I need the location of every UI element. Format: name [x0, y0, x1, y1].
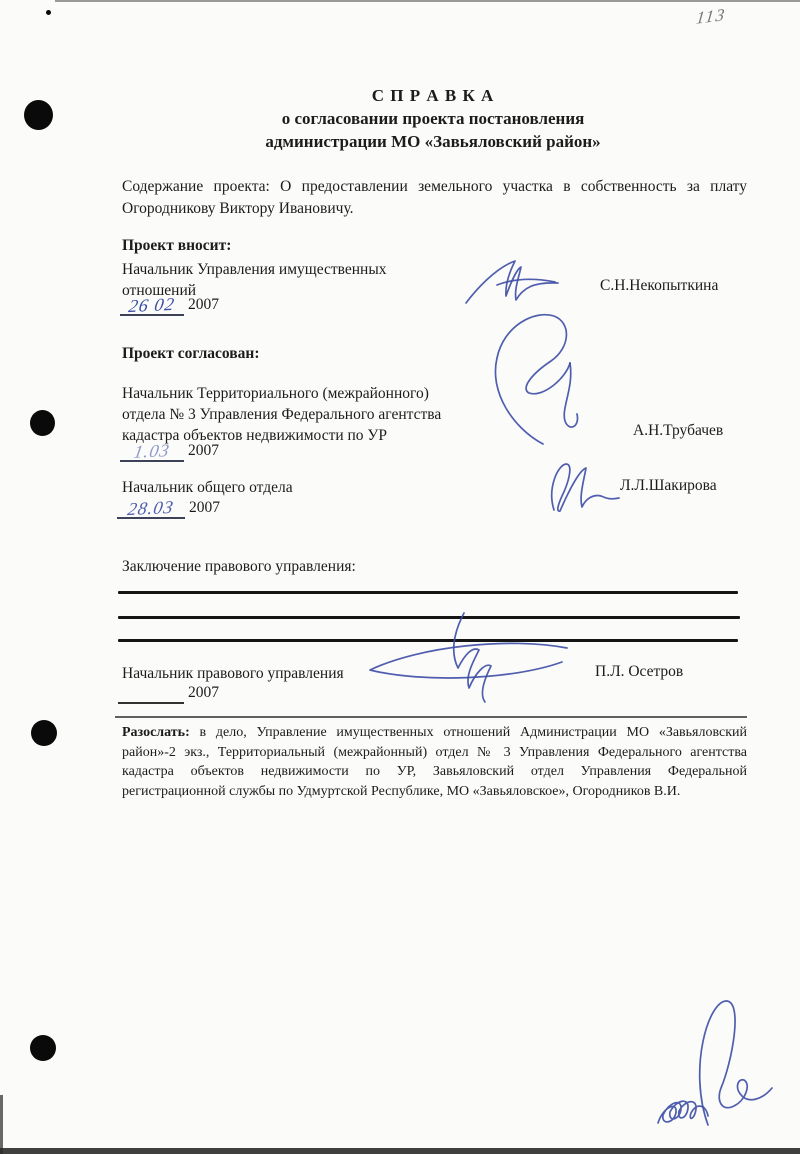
punch-hole-1: [24, 100, 53, 130]
date-year: 2007: [189, 499, 220, 516]
handwritten-date: 1.03: [132, 440, 171, 463]
date-underline: 26 02: [120, 293, 184, 316]
zakluchenie-heading: Заключение правового управления:: [122, 556, 356, 577]
punch-hole-2: [30, 410, 55, 436]
signer-name-shakirova: Л.Л.Шакирова: [620, 477, 717, 495]
blank-date-underline: [118, 684, 184, 704]
title-line-3: администрации МО «Завьяловский район»: [120, 130, 746, 153]
date-year: 2007: [188, 296, 219, 313]
divider-line: [115, 716, 747, 718]
vnosit-position-line-1: Начальник Управления имущественных: [122, 259, 387, 280]
signer-name-osetrov: П.Л. Осетров: [595, 663, 683, 681]
distribution-text: в дело, Управление имущественных отношен…: [122, 725, 747, 799]
punch-hole-3: [31, 720, 57, 746]
signer-name-trubachev: А.Н.Трубачев: [633, 422, 723, 440]
date-underline: 1.03: [120, 439, 184, 462]
punch-hole-4: [30, 1035, 56, 1061]
handwritten-date: 26 02: [127, 294, 176, 317]
signature-bottom-corner: [650, 990, 795, 1152]
signature-osetrov: [360, 610, 582, 718]
title-line-1: С П Р А В К А: [120, 84, 746, 107]
soglasovan-date-row: 1.032007: [120, 439, 219, 462]
section-soglasovan-heading: Проект согласован:: [122, 345, 260, 363]
signature-trubachev: [473, 308, 631, 450]
scan-edge-top: [55, 0, 800, 2]
ink-speck: [46, 10, 51, 15]
handwritten-date: 28.03: [126, 497, 175, 520]
scanned-document-page: 113 С П Р А В К А о согласовании проекта…: [0, 0, 800, 1154]
soglasovan-position-line-2: отдела № 3 Управления Федерального агент…: [122, 404, 441, 425]
title-line-2: о согласовании проекта постановления: [120, 107, 746, 130]
obshchiy-date-row: 28.032007: [117, 496, 220, 519]
ruled-line-1: [118, 591, 738, 594]
distribution-label: Разослать:: [122, 725, 190, 740]
project-summary: Содержание проекта: О предоставлении зем…: [122, 176, 747, 219]
date-underline: 28.03: [117, 496, 185, 519]
pravovoe-position-line: Начальник правового управления: [122, 663, 344, 684]
distribution-list: Разослать: в дело, Управление имуществен…: [122, 723, 747, 801]
soglasovan-position-line-1: Начальник Территориального (межрайонного…: [122, 383, 429, 404]
signer-name-nekopytkina: С.Н.Некопыткина: [600, 277, 718, 295]
date-year: 2007: [188, 442, 219, 459]
pravovoe-date-row: 2007: [118, 684, 219, 704]
scan-edge-bottom-left: [0, 1095, 3, 1154]
signature-shakirova: [545, 458, 627, 522]
obshchiy-position-line: Начальник общего отдела: [122, 477, 293, 498]
date-year: 2007: [188, 684, 219, 701]
handwritten-page-number: 113: [695, 1, 757, 29]
section-vnosit-heading: Проект вносит:: [122, 237, 231, 255]
document-title: С П Р А В К А о согласовании проекта пос…: [120, 84, 746, 153]
vnosit-date-row: 26 022007: [120, 293, 219, 316]
signature-nekopytkina: [463, 256, 565, 306]
